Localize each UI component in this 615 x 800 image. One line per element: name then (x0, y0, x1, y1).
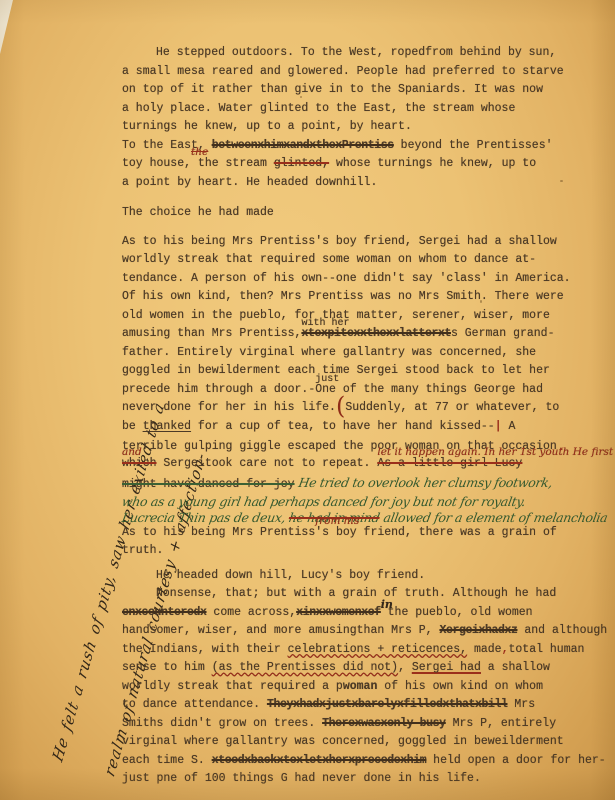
typed-text: the Indians, with their (122, 643, 288, 656)
typed-text: He headed down hill, Lucy's boy friend. (156, 569, 425, 582)
typed-text: for a cup of tea, to have her hand kisse… (191, 420, 495, 433)
section-heading: The choice he had made (122, 206, 582, 225)
typescript-line: virginal where gallantry was concerned, … (122, 735, 582, 754)
typed-text: toy house, (122, 157, 191, 170)
typescript-line: handsomer, wiser, and more amusingthan M… (122, 624, 582, 643)
typed-text: s German grand- (451, 327, 555, 340)
red-struck-text: glinted, (274, 157, 329, 170)
typed-text: a holy place. Water glinted to the East,… (122, 102, 515, 115)
red-struck-text: which (122, 457, 157, 470)
typescript-line: father. Entirely virginal where gallantr… (122, 346, 582, 365)
typescript-line: who as a young girl had perhaps danced f… (122, 494, 582, 510)
typed-text: virginal where gallantry was concerned, … (122, 735, 564, 748)
typescript-line: tendance. A person of his own--one didn'… (122, 272, 582, 291)
typed-text: just pne of 100 things G had never done … (122, 772, 481, 785)
typed-text: a point by heart. He headed downhill. (122, 176, 377, 189)
paper-corner-edge (0, 0, 13, 54)
typescript-line: turnings he knew, up to a point, by hear… (122, 120, 582, 139)
paper-speck (480, 300, 482, 303)
typed-overstrike-text: xinxxwomenxof (296, 606, 381, 619)
typed-text: come across, (207, 606, 297, 619)
typed-text: Of his own kind, then? Mrs Prentiss was … (122, 290, 564, 303)
typed-text: total human (509, 643, 585, 656)
dark-handwritten-insertion: in (381, 598, 393, 611)
typescript-line: on top of it rather than give in to the … (122, 83, 582, 102)
typed-text: Mrs (507, 698, 535, 711)
typed-text: Sergeitook care not to repeat. (157, 457, 378, 470)
typed-text: worldly streak that required a p (122, 680, 343, 693)
typed-text: Nonsense, that; but with a grain of trut… (156, 587, 556, 600)
typescript-line: toy house,the the stream glinted, whose … (122, 157, 582, 176)
red-handwritten-insertion: the (191, 146, 208, 158)
red-ink-mark: | (495, 420, 502, 433)
typed-text: truth. (122, 544, 163, 557)
typed-text: The choice he had made (122, 206, 274, 219)
typed-text: , (398, 661, 412, 674)
typed-text: sense to him (122, 661, 212, 674)
typescript-line: enxcounteredx come across,xinxxwomenxofi… (122, 606, 582, 625)
handwriting: allowed for a element of melancholia (378, 510, 608, 525)
typescript-line: be thanked for a cup of tea, to have her… (122, 420, 582, 439)
typescript-line: andwhich Sergeitook care not to repeat. … (122, 457, 582, 476)
typed-text: held open a door for her- (426, 754, 605, 767)
typed-text: beyond the Prentisses' (394, 139, 553, 152)
red-handwritten-insertion: from his (315, 515, 359, 527)
typed-text: Smiths didn't grow on trees. (122, 717, 322, 730)
red-handwritten-insertion: let it happen again. In her 1st youth He… (377, 446, 613, 458)
typed-text: a small mesa reared and glowered. People… (122, 65, 564, 78)
typescript-line: As to his being Mrs Prentiss's boy frien… (122, 235, 582, 254)
green-struck-text: might have danced for joy (122, 478, 295, 491)
typed-text: Suddenly, at 77 or whatever, to (345, 401, 559, 414)
typed-text: tendance. A person of his own--one didn'… (122, 272, 571, 285)
typescript-line: goggled in bewilderment each time Sergei… (122, 364, 582, 383)
typed-text: A (502, 420, 516, 433)
typed-text: (as the Prentisses did not) (212, 661, 398, 674)
line-gap (122, 194, 582, 206)
typed-text: each time S. (122, 754, 212, 767)
typescript-line: truth. (122, 544, 582, 563)
typescript-line: might have danced for joy He tried to ov… (122, 475, 582, 494)
typed-text: whose turnings he knew, up to (329, 157, 536, 170)
typescript-line: amusing than Mrs Prentiss,with herxtexpi… (122, 327, 582, 346)
typed-text: celebrations + reticences, (288, 643, 467, 656)
typed-text: Sergei had (412, 661, 481, 674)
typed-text: 's boy friend, there was a grain of (315, 526, 557, 539)
typescript-line: sense to him (as the Prentisses did not)… (122, 661, 582, 680)
typescript-line: Smiths didn't grow on trees. Therexwasxo… (122, 717, 582, 736)
typed-text: Mrs P, entirely (446, 717, 556, 730)
typed-overstrike-text: Theyxhadxjustxbarelyxfilledxthatxbill (267, 698, 508, 711)
manuscript-photo: { "document": { "kind": "typewritten man… (0, 0, 615, 800)
typed-text: the stream (191, 157, 274, 170)
typed-insertion: with her (301, 318, 349, 329)
typed-overstrike-text: betweenxhimxandxthexPrentiss (212, 139, 394, 152)
typed-correction-text: woman (343, 680, 378, 693)
line-gap (122, 225, 582, 235)
typescript-line: to dance attendance. Theyxhadxjustxbarel… (122, 698, 582, 717)
typed-insertion: just (315, 374, 339, 385)
red-handwritten-insertion: and (122, 446, 142, 458)
typed-text: As to his being Mrs Prentiss's boy frien… (122, 235, 557, 248)
typed-overstrike-text: xtoodxbackxtoxletxherxprecedexhim (212, 754, 427, 767)
typed-text: father. Entirely virginal where gallantr… (122, 346, 536, 359)
typed-text: turnings he knew, up to a point, by hear… (122, 120, 412, 133)
paper-speck (300, 96, 302, 98)
typed-overstrike-text: Therexwasxonly busy (322, 717, 446, 730)
typescript-line: the Indians, with their celebrations + r… (122, 643, 582, 662)
typescript-line: He headed down hill, Lucy's boy friend. (122, 569, 582, 588)
typescript-line: just pne of 100 things G had never done … (122, 772, 582, 791)
typescript-line: Nonsense, that; but with a grain of trut… (122, 587, 582, 606)
typescript-line: never done for her in his life.(Suddenly… (122, 401, 582, 420)
typed-text: never done for her in his life. (122, 401, 336, 414)
typed-text: be (122, 420, 143, 433)
typed-text: As to his being Mrs Prentiss (122, 526, 315, 539)
handwriting: He tried to overlook her clumsy footwork… (293, 475, 553, 490)
typescript-body: He stepped outdoors. To the West, ropedf… (122, 46, 582, 791)
red-ink-paren: ( (336, 392, 345, 420)
typescript-line: worldly streak that required a pwoman of… (122, 680, 582, 699)
typed-text: handsomer, wiser, and more amusingthan M… (122, 624, 439, 637)
typed-overstrike-text: enxcounteredx (122, 606, 207, 619)
typed-text: the pueblo, old women (381, 606, 533, 619)
typed-text: precede him through a door.- (122, 383, 315, 396)
typed-text: One of the many things George had (315, 383, 543, 396)
red-ink-mark: , (502, 643, 509, 656)
typed-overstrike-text: Xergeixhadxz (439, 624, 517, 637)
typescript-line: precede him through a door.-justOne of t… (122, 383, 582, 402)
typescript-line: old women in the pueblo, for that matter… (122, 309, 582, 328)
typed-text: to dance attendance. (122, 698, 267, 711)
typed-text: and although (517, 624, 607, 637)
typed-text: of his own kind on whom (377, 680, 543, 693)
typed-text: He stepped outdoors. To the West, ropedf… (156, 46, 556, 59)
typed-text: worldly streak that required some woman … (122, 253, 536, 266)
red-struck-text: As a little girl Lucy (377, 457, 522, 470)
typescript-line: a small mesa reared and glowered. People… (122, 65, 582, 84)
typed-text: a shallow (481, 661, 550, 674)
typed-text: on top of it rather than give in to the … (122, 83, 543, 96)
paper-speck (420, 166, 423, 168)
paper-speck (560, 180, 563, 182)
typed-text: amusing than Mrs Prentiss, (122, 327, 301, 340)
typescript-line: worldly streak that required some woman … (122, 253, 582, 272)
typescript-line: Of his own kind, then? Mrs Prentiss was … (122, 290, 582, 309)
handwriting: who as a young girl had perhaps danced f… (121, 494, 527, 509)
typescript-line: He stepped outdoors. To the West, ropedf… (122, 46, 582, 65)
typescript-line: a point by heart. He headed downhill. (122, 176, 582, 195)
typed-text: thanked (143, 420, 191, 433)
typed-text: made (467, 643, 502, 656)
typescript-line: As to his being Mrs Prentissfrom his's b… (122, 526, 582, 545)
typescript-line: a holy place. Water glinted to the East,… (122, 102, 582, 121)
typescript-line: each time S. xtoodxbackxtoxletxherxprece… (122, 754, 582, 773)
handwriting: Lucrecia Thin pas de deux, (121, 510, 291, 525)
